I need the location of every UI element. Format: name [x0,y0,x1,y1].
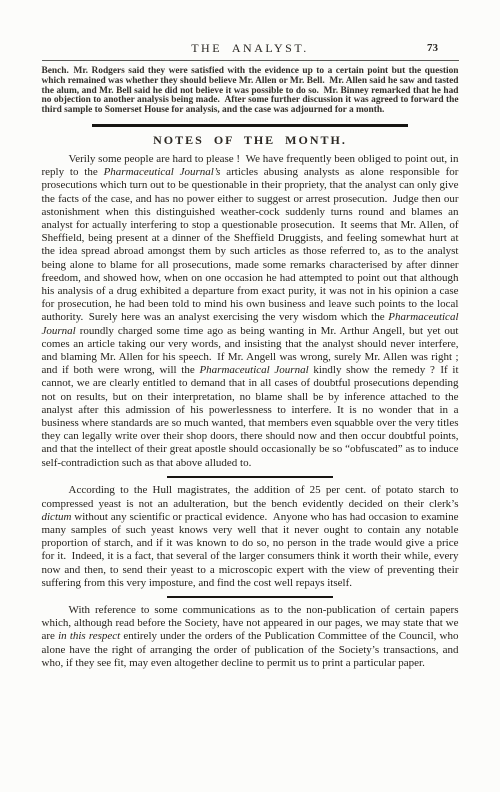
note-paragraph-2: According to the Hull magistrates, the a… [42,484,459,590]
page-number: 73 [427,42,438,54]
note-divider-1 [167,476,333,479]
section-heading: NOTES OF THE MONTH. [0,134,500,147]
header-rule [42,60,459,61]
scanned-journal-page: THE ANALYST. 73 Bench. Mr. Rodgers said … [0,0,500,792]
masthead: THE ANALYST. 73 [0,0,500,56]
note-divider-2 [167,596,333,598]
note-paragraph-3: With reference to some communications as… [42,604,459,670]
carryover-paragraph: Bench. Mr. Rodgers said they were satisf… [42,67,459,116]
section-heading-bar [92,124,408,127]
note-paragraph-1: Verily some people are hard to please ! … [42,153,459,470]
journal-title: THE ANALYST. [0,42,500,55]
